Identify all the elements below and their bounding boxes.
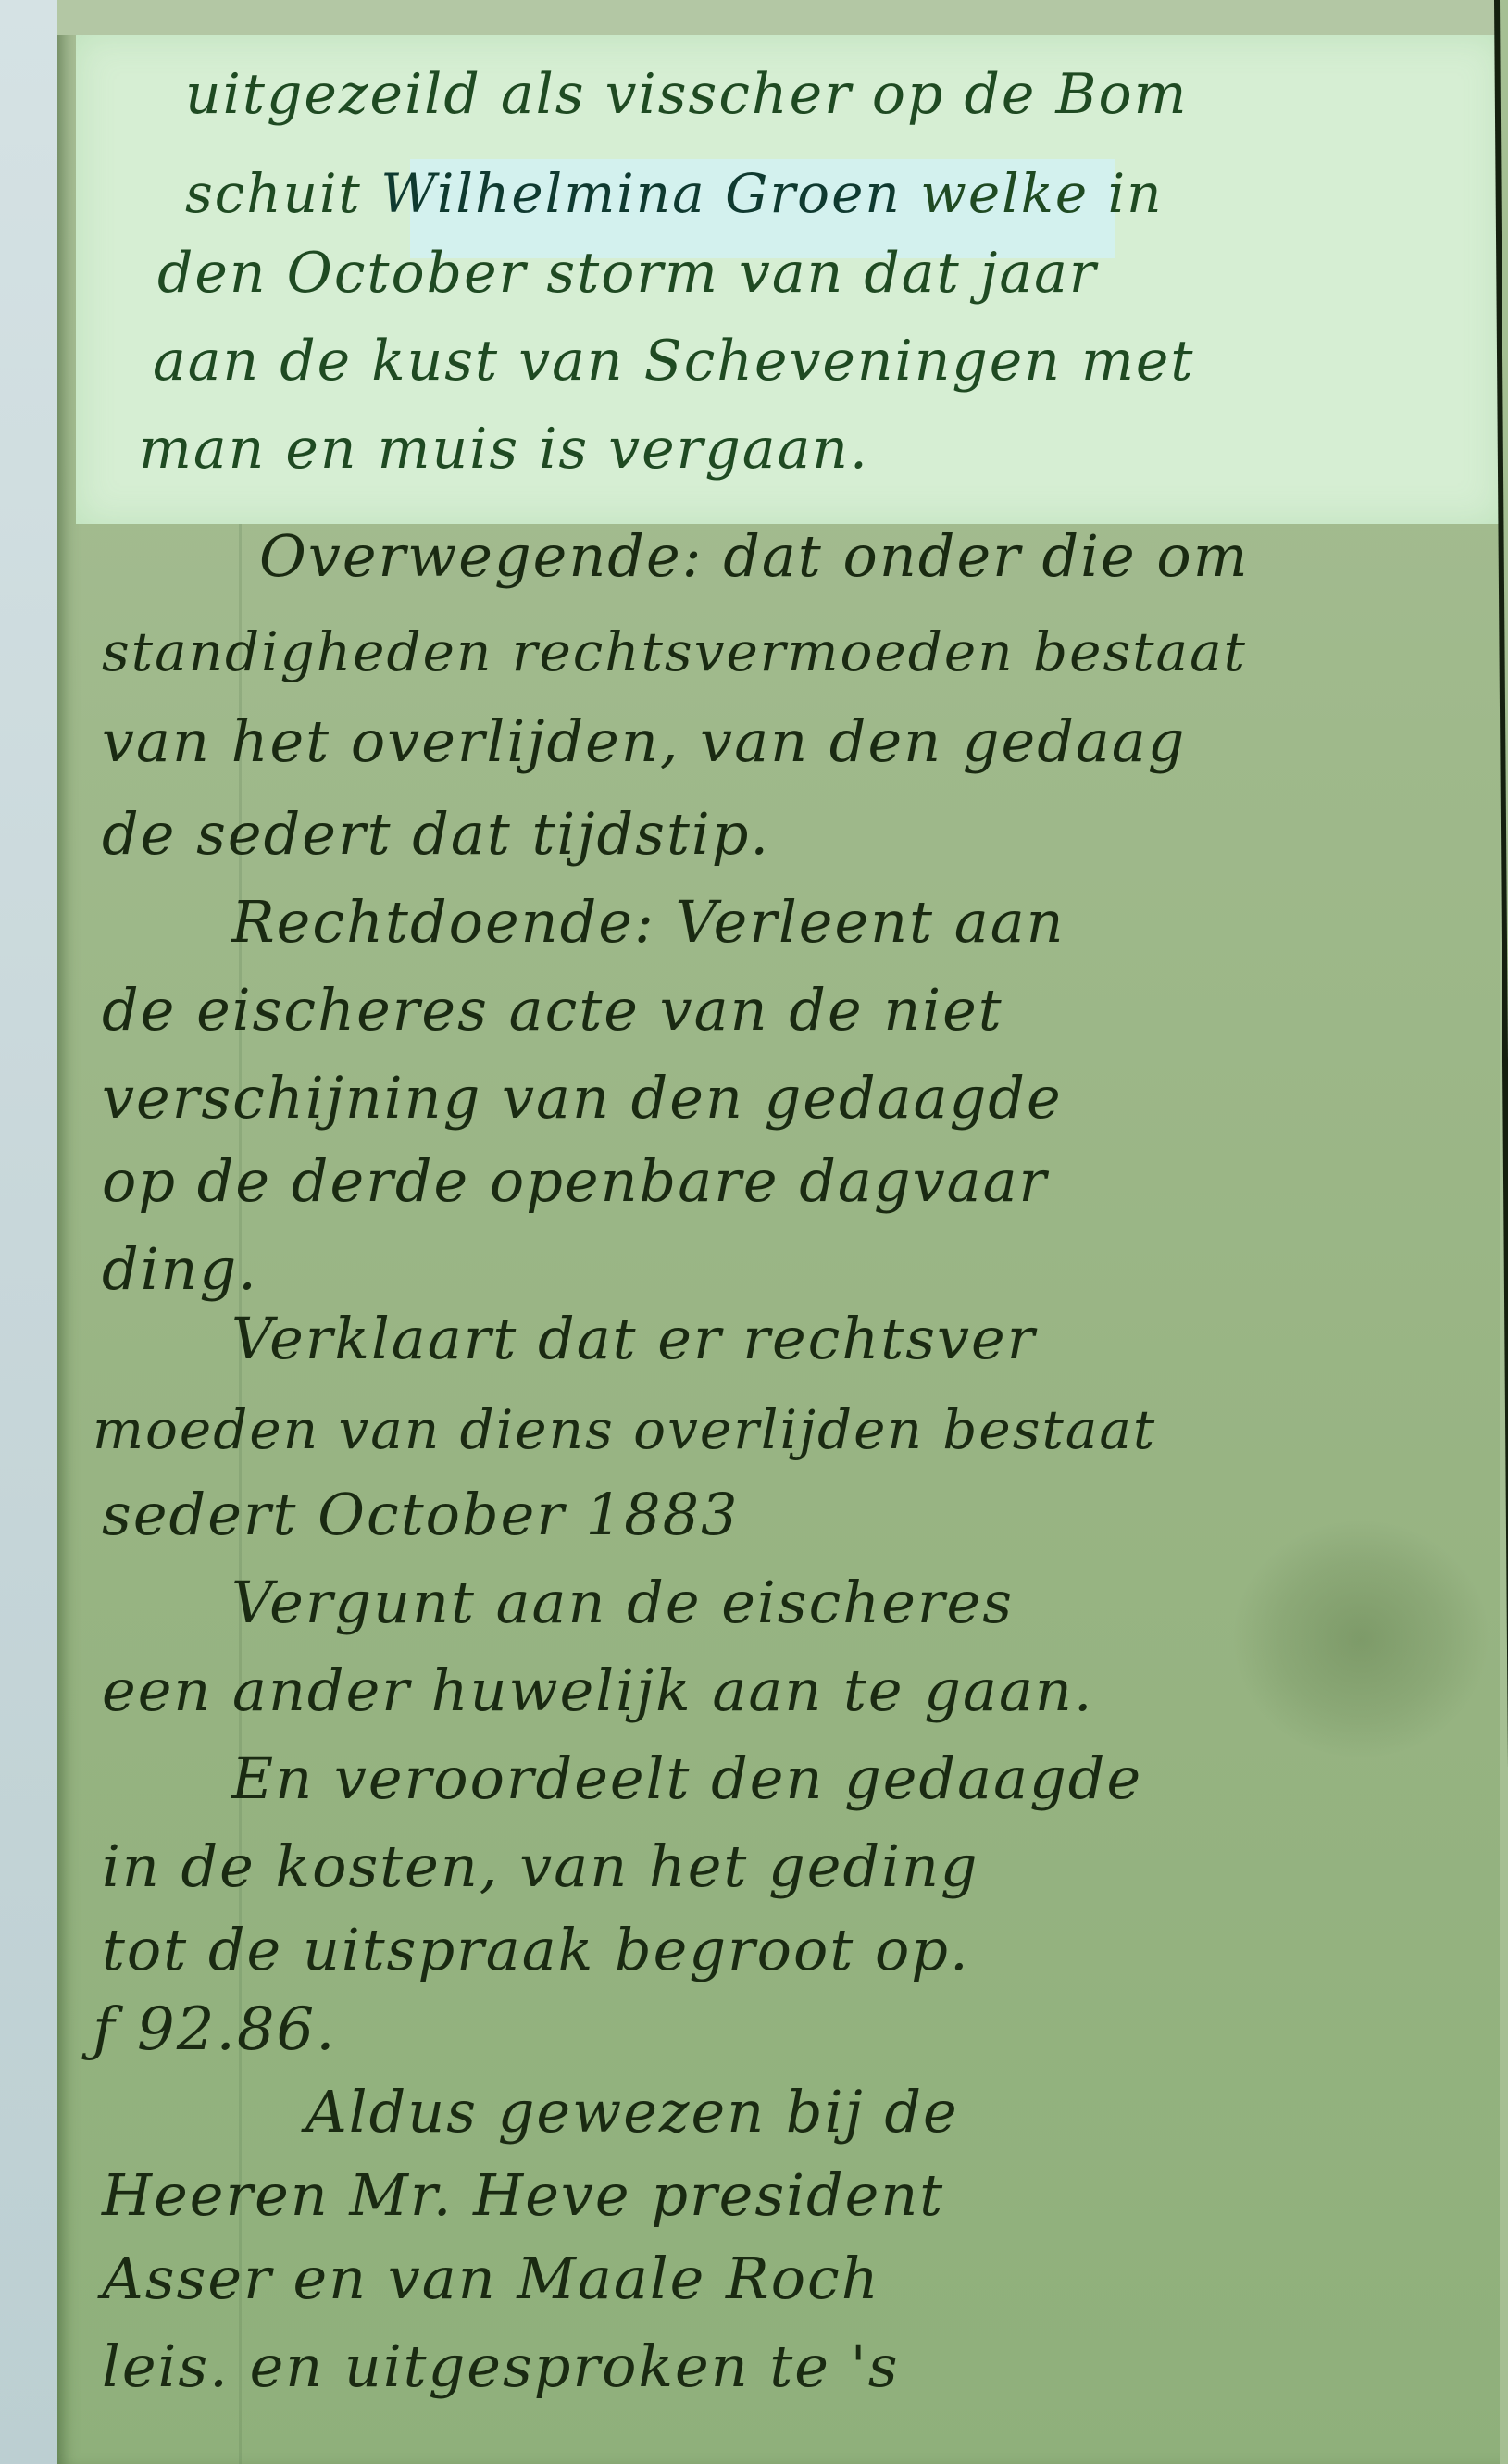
text-line: ding. bbox=[102, 1241, 258, 1298]
page-top-band bbox=[57, 0, 1508, 35]
text-line: aan de kust van Scheveningen met bbox=[153, 333, 1194, 389]
text-line: een ander huwelijk aan te gaan. bbox=[102, 1662, 1094, 1720]
text-line: Verklaart dat er rechtsver bbox=[231, 1310, 1036, 1368]
text-line: schuit Wilhelmina Groen welke in bbox=[185, 167, 1164, 220]
text-line: de sedert dat tijdstip. bbox=[102, 806, 770, 863]
text-line: de eischeres acte van de niet bbox=[102, 982, 1003, 1039]
text-line: Aldus gewezen bij de bbox=[305, 2083, 959, 2141]
text-line: uitgezeild als visscher op de Bom bbox=[185, 67, 1189, 122]
text-line: van het overlijden, van den gedaag bbox=[102, 713, 1187, 770]
text-line: den October storm van dat jaar bbox=[157, 245, 1098, 301]
text-line: tot de uitspraak begroot op. bbox=[102, 1921, 970, 1979]
text-line: standigheden rechtsvermoeden bestaat bbox=[102, 625, 1247, 679]
text-line: man en muis is vergaan. bbox=[139, 421, 869, 477]
text-line: Asser en van Maale Roch bbox=[102, 2250, 880, 2308]
paper-stain bbox=[1231, 1519, 1490, 1759]
text-line: verschijning van den gedaagde bbox=[102, 1069, 1063, 1127]
text-line: leis. en uitgesproken te 's bbox=[102, 2338, 900, 2395]
text-line: in de kosten, van het geding bbox=[102, 1838, 979, 1895]
text-line: Heeren Mr. Heve president bbox=[102, 2167, 944, 2224]
amount-line: ƒ 92.86. bbox=[93, 2000, 337, 2059]
text-line: sedert October 1883 bbox=[102, 1486, 739, 1544]
highlighted-name: Wilhelmina Groen bbox=[380, 162, 902, 225]
text-line: Overwegende: dat onder die om bbox=[259, 528, 1250, 585]
text-line: op de derde openbare dagvaar bbox=[102, 1153, 1048, 1210]
text-line: Rechtdoende: Verleent aan bbox=[231, 894, 1066, 951]
text-line: moeden van diens overlijden bestaat bbox=[93, 1403, 1156, 1457]
text-line: En veroordeelt den gedaagde bbox=[231, 1750, 1142, 1807]
text-line: Vergunt aan de eischeres bbox=[231, 1574, 1014, 1632]
